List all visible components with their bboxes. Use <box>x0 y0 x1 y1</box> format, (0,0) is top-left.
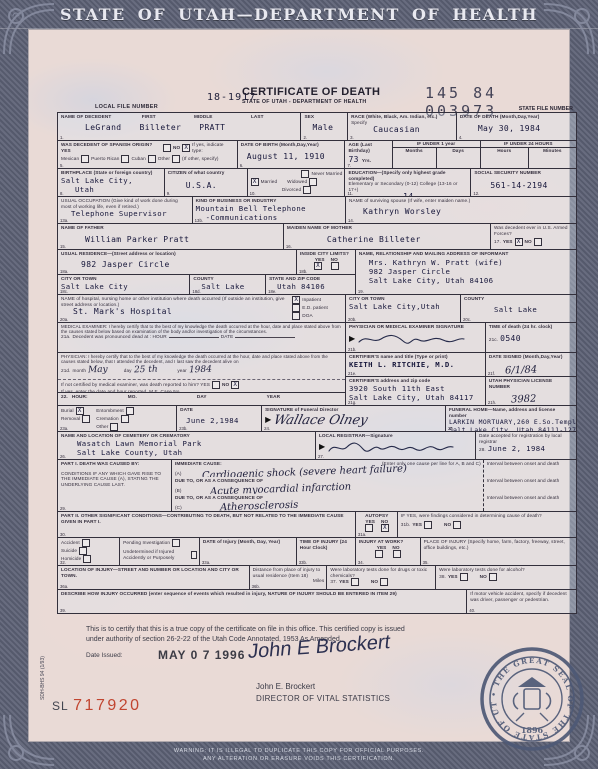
occupation-label: USUAL OCCUPATION (Give kind of work done… <box>61 198 190 209</box>
autopsy-yes-checkbox <box>365 524 373 532</box>
item-number: 21b. <box>348 347 356 352</box>
certificate-subtitle: STATE OF UTAH - DEPARTMENT OF HEALTH <box>242 99 366 105</box>
field-certifier-name: CERTIFIER'S name and title (Type or prin… <box>346 353 485 377</box>
drug-no-label: NO <box>371 579 378 585</box>
divorced-label: Divorced <box>282 187 301 193</box>
doa-checkbox <box>292 312 300 320</box>
item-number: 13a. <box>60 218 68 223</box>
date-issued-stamp: MAY 0 7 1996 <box>158 648 245 662</box>
item-number: 4. <box>459 135 463 140</box>
puerto-rican-label: Puerto Rican <box>91 156 119 162</box>
pronounced-dead-label: Decedent was pronounced dead at : HOUR <box>73 334 167 340</box>
field-cemetery: NAME AND LOCATION OF CEMETERY OR CREMATO… <box>58 432 316 459</box>
interval-label-c: Interval between onset and death <box>487 495 574 501</box>
cuban-checkbox <box>148 155 156 163</box>
city-limits-label: INSIDE CITY LIMITS? <box>300 251 353 257</box>
other-specify-label: (If other, specify) <box>182 156 219 162</box>
field-disposition: BurialX Removal Entombment Cremation Oth… <box>58 406 177 431</box>
item-number: 6. <box>240 163 244 168</box>
field-physician-signature: PHYSICIAN OR MEDICAL EXAMINER SIGNATURE … <box>346 323 486 352</box>
birthplace-line1: Salt Lake City, <box>61 176 162 185</box>
decedent-first-name: LeGrand <box>85 123 122 132</box>
informant-label: NAME, RELATIONSHIP AND MAILING ADDRESS O… <box>359 251 574 257</box>
other-origin-label: Other <box>158 156 170 162</box>
suicide-label: Suicide <box>61 548 77 554</box>
certifier-name-value: KEITH L. RITCHIE, M.D. <box>349 360 483 369</box>
line-b-label: (B) <box>175 488 182 494</box>
mo-label: MO. <box>128 394 137 400</box>
injury-location-label: LOCATION OF INJURY—STREET AND NUMBER OR … <box>61 567 247 578</box>
armed-forces-yes-label: YES <box>503 239 513 245</box>
minutes-label: Minutes <box>529 148 576 168</box>
alcohol-yes-checkbox <box>460 573 468 581</box>
findings-yes-checkbox <box>424 521 432 529</box>
item-number-inline: 28. <box>479 447 486 453</box>
physician-signature-label: PHYSICIAN OR MEDICAL EXAMINER SIGNATURE <box>349 324 483 330</box>
industry-line1: Mountain Bell Telephone <box>196 204 343 213</box>
residence-value: 982 Jasper Circle <box>81 260 294 269</box>
item-number-inline: 21c. <box>489 337 498 343</box>
field-funeral-home: FUNERAL HOME—Name, address and license n… <box>446 406 576 431</box>
row-describe-injury: DESCRIBE HOW INJURY OCCURRED (enter sequ… <box>58 590 576 613</box>
field-sex: SEX Male 2. <box>301 113 348 140</box>
birthplace-label: BIRTHPLACE (State or foreign country) <box>61 170 162 176</box>
puerto-rican-checkbox <box>121 155 129 163</box>
field-certifier-address: CERTIFIER'S address and zip code 3920 So… <box>346 377 485 405</box>
serial-number: SL 717920 <box>52 697 142 715</box>
form-code: SDH-BHS 94 (1/93) <box>40 630 46 700</box>
certificate-title: CERTIFICATE OF DEATH <box>242 86 380 98</box>
date-issued-label: Date Issued: <box>86 652 123 659</box>
time-of-injury-label: TIME OF INJURY (24 Hour Clock) <box>300 539 353 550</box>
undetermined-checkbox <box>191 551 197 559</box>
never-married-checkbox <box>301 170 309 178</box>
autopsy-no-checkbox: X <box>381 524 389 532</box>
findings-no-label: NO <box>444 522 451 528</box>
immediate-cause-label: IMMEDIATE CAUSE: <box>175 461 222 467</box>
physician-block: PHYSICIAN: I hereby certify that to the … <box>58 353 346 405</box>
item-number: 21f. <box>488 371 495 376</box>
spanish-origin-label: WAS DECEDENT OF SPANISH ORIGIN? YES <box>61 142 161 153</box>
field-father: NAME OF FATHER William Parker Pratt 15. <box>58 224 284 249</box>
field-place-of-injury: PLACE OF INJURY (Specify home, farm, fac… <box>421 538 576 565</box>
homicide-checkbox <box>83 555 91 563</box>
item-number: 18d. <box>192 289 200 294</box>
cemetery-line2: Salt Lake County, Utah <box>77 448 313 457</box>
ssn-value: 561-14-2194 <box>490 181 574 190</box>
work-no-checkbox <box>393 550 401 558</box>
serial-prefix: SL <box>52 699 69 713</box>
certifier-block: CERTIFIER'S name and title (Type or prin… <box>346 353 486 405</box>
certification-line1: This is to certify that this is a true c… <box>86 625 546 635</box>
drug-tests-label: Were laboratory tests done for drugs or … <box>330 567 433 578</box>
age-label: AGE (Last Birthday) <box>348 142 389 153</box>
item-number: 39. <box>60 608 66 613</box>
burial-checkbox: X <box>76 407 84 415</box>
field-pending: Pending Investigation Undetermined if In… <box>120 538 200 565</box>
registrar-signature-scribble <box>327 439 457 455</box>
cremation-label: Cremation <box>96 416 119 422</box>
decedent-middle-name: Billeter <box>140 123 182 132</box>
month-handwritten: May <box>88 364 108 377</box>
field-funeral-director-signature: SIGNATURE of Funeral Director ▶ Wallace … <box>262 406 446 431</box>
field-drug-tests: Were laboratory tests done for drugs or … <box>327 566 436 589</box>
field-license-number: UTAH PHYSICIAN LICENSE NUMBER 3982 21h. <box>486 377 576 405</box>
license-value: 3982 <box>511 394 537 405</box>
day-label: day <box>124 368 132 374</box>
alcohol-no-checkbox <box>489 573 497 581</box>
field-date-signed: DATE SIGNED (Month,Day,Year) 6/1/84 21f. <box>486 353 576 377</box>
distance-label: Distance from place of injury to usual r… <box>253 567 325 578</box>
other-origin-checkbox <box>172 155 180 163</box>
spouse-value: Kathryn Worsley <box>363 207 574 216</box>
mexican-label: Mexican <box>61 156 79 162</box>
row-cemetery: NAME AND LOCATION OF CEMETERY OR CREMATO… <box>58 432 576 460</box>
middle-label: MIDDLE <box>194 114 251 120</box>
field-describe-injury: DESCRIBE HOW INJURY OCCURRED (enter sequ… <box>58 590 467 613</box>
interval-label-a: Interval between onset and death <box>487 461 574 467</box>
spanish-yes-checkbox <box>163 144 171 152</box>
time-of-death-label: TIME of death (24 hr. clock) <box>489 324 574 330</box>
row-medical-examiner: MEDICAL EXAMINER: I hereby certify that … <box>58 323 576 353</box>
cause-c-handwritten: Atherosclerosis <box>220 499 299 511</box>
widowed-label: Widowed <box>287 179 307 185</box>
married-checkbox: X <box>251 178 259 186</box>
residence-county-value: Salt Lake <box>201 282 263 291</box>
field-date-of-injury: DATE of Injury (Month, Day, Year) 33a. <box>200 538 297 565</box>
item-number-inline: 37. <box>330 579 337 585</box>
row-injury: Accident Suicide Homicide 32. Pending In… <box>58 538 576 566</box>
hours-label: Hours <box>481 148 529 168</box>
alcohol-yes-label: YES <box>448 574 458 580</box>
field-date-of-birth: DATE OF BIRTH (Month,Day,Year) August 11… <box>238 141 346 168</box>
field-registrar-signature: LOCAL REGISTRAR—Signature ▶ 27. <box>316 432 476 459</box>
pending-checkbox <box>172 539 180 547</box>
row-disposition: BurialX Removal Entombment Cremation Oth… <box>58 406 576 432</box>
field-age: AGE (Last Birthday) 73Yrs. 7. <box>345 141 392 168</box>
field-time-of-death: TIME of death (24 hr. clock) 21c.0540 <box>486 323 576 352</box>
divorced-checkbox <box>303 186 311 194</box>
other-disposition-label: Other <box>96 424 108 430</box>
line-c-label: (C) <box>175 505 182 511</box>
item-number: 26. <box>60 454 66 459</box>
field-if-under-24-hours: IF UNDER 24 HOURS Hours Minutes <box>481 141 576 168</box>
item-number: 40. <box>469 608 475 613</box>
mexican-checkbox <box>81 155 89 163</box>
education-sublabel: Elementary or Secondary (0-12) College (… <box>348 181 468 192</box>
informant-line3: Salt Lake City, Utah 84106 <box>369 276 574 285</box>
age-unit-label: Yrs. <box>362 158 371 164</box>
inpatient-checkbox: X <box>292 296 300 304</box>
warning-line-1: WARNING: IT IS ILLEGAL TO DUPLICATE THIS… <box>174 747 424 755</box>
widowed-checkbox <box>309 178 317 186</box>
field-decedent-name: NAME OF DECEDENT FIRST MIDDLE LAST LeGra… <box>58 113 301 140</box>
field-date-of-death: DATE OF DEATH (Month,Day,Year) May 30, 1… <box>457 113 576 140</box>
field-distance: Distance from place of injury to usual r… <box>250 566 328 589</box>
date-of-injury-label: DATE of Injury (Month, Day, Year) <box>203 539 294 545</box>
drug-yes-label: YES <box>339 579 349 585</box>
field-citizen: CITIZEN of what country U.S.A. 9. <box>165 169 248 196</box>
field-informant: NAME, RELATIONSHIP AND MAILING ADDRESS O… <box>356 250 576 294</box>
item-number: 21e. <box>348 371 356 376</box>
death-city-value: Salt Lake City,Utah <box>349 302 458 311</box>
education-value: 14 <box>348 192 468 196</box>
day-handwritten: 25 th <box>133 364 157 377</box>
field-hospital: NAME of hospital, nursing home or other … <box>58 295 346 322</box>
row-birthplace: BIRTHPLACE (State or foreign country) Sa… <box>58 169 576 197</box>
death-certificate-page: { "colors":{"border_slate":"#5c6175","se… <box>0 0 598 769</box>
field-birthplace: BIRTHPLACE (State or foreign country) Sa… <box>58 169 165 196</box>
field-autopsy-findings: IF YES, were findings considered in dete… <box>398 512 576 537</box>
state-header-title: STATE OF UTAH—DEPARTMENT OF HEALTH <box>60 5 538 24</box>
item-number: 34. <box>358 560 364 565</box>
field-mother: MAIDEN NAME OF MOTHER Catherine Billeter… <box>284 224 491 249</box>
informant-line2: 982 Jasper Circle <box>369 267 574 276</box>
accident-label: Accident <box>61 540 80 546</box>
date-of-birth-label: DATE OF BIRTH (Month,Day,Year) <box>241 142 343 148</box>
city-limits-yes-checkbox: X <box>314 262 322 270</box>
row-physician-certifier: PHYSICIAN: I hereby certify that to the … <box>58 353 576 406</box>
field-due-to-b: DUE TO, OR AS A CONSEQUENCE OF (B)Acute … <box>172 477 483 494</box>
day-col-label: DAY <box>197 394 207 400</box>
ssn-label: SOCIAL SECURITY NUMBER <box>474 170 574 176</box>
mother-label: MAIDEN NAME OF MOTHER <box>287 225 488 231</box>
reported-no-label: NO <box>222 382 229 388</box>
item-number: 20a. <box>60 317 68 322</box>
item-number: 33a. <box>202 560 210 565</box>
funeral-home-line2: Salt Lake City, Utah 84111-1274 <box>449 426 574 431</box>
disposition-date-value: June 2,1984 <box>186 416 259 425</box>
alcohol-no-label: NO <box>480 574 487 580</box>
sex-label: SEX <box>304 114 345 120</box>
pronounced-date-label: DATE <box>221 334 234 340</box>
funeral-home-line1: LARKIN MORTUARY,260 E.So.Temple St. <box>449 418 574 426</box>
drug-no-checkbox <box>380 578 388 586</box>
hospital-label: NAME of hospital, nursing home or other … <box>61 296 292 307</box>
date-signed-block: DATE SIGNED (Month,Day,Year) 6/1/84 21f.… <box>486 353 576 405</box>
medical-examiner-text: MEDICAL EXAMINER: I hereby certify that … <box>61 324 343 334</box>
race-value: Caucasian <box>373 125 454 134</box>
field-residence-county: COUNTY Salt Lake 18d. <box>190 275 266 294</box>
cremation-checkbox <box>121 415 129 423</box>
field-physician-cert: PHYSICIAN: I hereby certify that to the … <box>58 353 345 380</box>
item-number: 2. <box>303 135 307 140</box>
describe-injury-label: DESCRIBE HOW INJURY OCCURRED (enter sequ… <box>61 591 464 597</box>
row-part2: PART II. OTHER SIGNIFICANT CONDITIONS—CO… <box>58 512 576 538</box>
item-number: 25. <box>448 426 454 431</box>
field-inside-city-limits: INSIDE CITY LIMITS? YESNO X 18b. <box>297 250 355 274</box>
field-occupation: USUAL OCCUPATION (Give kind of work done… <box>58 197 193 223</box>
row-decedent: NAME OF DECEDENT FIRST MIDDLE LAST LeGra… <box>58 113 576 141</box>
informant-line1: Mrs. Kathryn W. Pratt (wife) <box>369 258 574 267</box>
burial-label: Burial <box>61 408 74 414</box>
item-number: 32. <box>60 560 66 565</box>
field-spanish-origin: WAS DECEDENT OF SPANISH ORIGIN? YESNOXIf… <box>58 141 238 168</box>
license-label: UTAH PHYSICIAN LICENSE NUMBER <box>489 378 574 389</box>
date-of-death-value: May 30, 1984 <box>478 124 574 133</box>
field-alcohol-tests: Were laboratory tests done for alcohol? … <box>436 566 576 589</box>
item-number: 20c. <box>463 317 471 322</box>
work-yes-checkbox <box>375 550 383 558</box>
time-of-death-value: 0540 <box>500 334 521 343</box>
ed-patient-label: E.D. patient <box>302 305 328 311</box>
director-name: John E. Brockert <box>256 682 315 691</box>
item-number-inline: 31b. <box>401 522 411 528</box>
field-due-to-c: DUE TO, OR AS A CONSEQUENCE OF (C)Athero… <box>172 494 483 511</box>
part1-causes-column: IMMEDIATE CAUSE: (Enter only one cause p… <box>172 460 484 511</box>
item-number: 18c. <box>60 289 68 294</box>
item-number: 8. <box>60 191 64 196</box>
armed-forces-label: Was decedent ever in U.S. Armed Forces? <box>494 225 574 236</box>
cemetery-line1: Wasatch Lawn Memorial Park <box>77 439 313 448</box>
father-value: William Parker Pratt <box>85 235 281 244</box>
row-parents: NAME OF FATHER William Parker Pratt 15. … <box>58 224 576 250</box>
item-number: 21d. <box>61 368 71 374</box>
field-disposition-date: DATE June 2,1984 23b. <box>177 406 262 431</box>
findings-label: IF YES, were findings considered in dete… <box>401 513 574 519</box>
entombment-label: Entombment <box>96 408 124 414</box>
hour-label: HOUR: <box>72 394 88 400</box>
mother-value: Catherine Billeter <box>327 235 488 244</box>
item-number: 7. <box>347 163 351 168</box>
ed-patient-checkbox <box>292 304 300 312</box>
item-number: 1. <box>60 135 64 140</box>
residence-block: USUAL RESIDENCE—(Street address or locat… <box>58 250 356 294</box>
field-not-certified: If not certified by medical examiner, wa… <box>58 380 345 392</box>
month-label: month <box>73 368 87 374</box>
year-handwritten: 1984 <box>189 364 212 377</box>
warning-line-2: ANY ALTERATION OR ERASURE VOIDS THIS CER… <box>203 755 395 763</box>
certifier-address-line2: Salt Lake City, Utah 84117 <box>349 393 483 402</box>
item-number: 15. <box>60 244 66 249</box>
item-number: 21g. <box>348 400 356 405</box>
field-industry: KIND OF BUSINESS OR INDUSTRY Mountain Be… <box>193 197 346 223</box>
death-county-value: Salt Lake <box>494 305 574 314</box>
item-number: 18e. <box>268 289 276 294</box>
field-residence: USUAL RESIDENCE—(Street address or locat… <box>58 250 297 274</box>
inpatient-label: Inpatient <box>302 297 321 303</box>
item-number: 21h. <box>488 400 496 405</box>
state-zip-value: Utah 84106 <box>277 282 353 291</box>
item-number: 30. <box>60 532 66 537</box>
spanish-ifyes-label: If yes, indicate type: <box>192 142 235 153</box>
decedent-last-name: PRATT <box>199 123 225 132</box>
months-label: Months <box>393 148 437 168</box>
item-number: 27. <box>318 454 324 459</box>
spanish-no-label: NO <box>173 145 180 151</box>
row-injury-location: LOCATION OF INJURY—STREET AND NUMBER OR … <box>58 566 576 590</box>
place-of-injury-label: PLACE OF INJURY (Specify home, farm, fac… <box>424 539 574 550</box>
date-accepted-label: Date accepted for registration by local … <box>479 433 574 444</box>
field-surviving-spouse: NAME of surviving spouse (If wife, enter… <box>346 197 576 223</box>
interval-label-b: Interval between onset and death <box>487 478 574 484</box>
signature-arrow-icon: ▶ <box>265 416 271 424</box>
field-immediate-cause: IMMEDIATE CAUSE: (Enter only one cause p… <box>172 460 483 477</box>
signature-arrow-icon: ▶ <box>319 443 325 451</box>
item-number-inline: 38. <box>439 574 446 580</box>
drug-yes-checkbox <box>351 578 359 586</box>
suicide-checkbox <box>79 547 87 555</box>
part1-label: PART I. DEATH WAS CAUSED BY: <box>61 461 169 467</box>
date-of-birth-value: August 11, 1910 <box>247 152 343 161</box>
field-date-accepted: Date accepted for registration by local … <box>476 432 576 459</box>
cuban-label: Cuban <box>131 156 145 162</box>
field-hour-date-row: 22.HOUR:MO.DAYYEAR <box>58 392 345 405</box>
part2-label: PART II. OTHER SIGNIFICANT CONDITIONS—CO… <box>61 513 353 524</box>
field-marital-status: Never Married XMarriedWidowed Divorced 1… <box>248 169 346 196</box>
sex-value: Male <box>312 123 345 132</box>
armed-forces-yes-checkbox: X <box>515 238 523 246</box>
year-label: year <box>177 368 187 374</box>
local-file-number-label: LOCAL FILE NUMBER <box>95 104 158 110</box>
field-motor-vehicle: If motor vehicle accident, specify if de… <box>467 590 576 613</box>
armed-forces-no-label: NO <box>525 239 532 245</box>
miles-label: Miles <box>253 578 325 584</box>
reported-yes-checkbox <box>212 381 220 389</box>
city-limits-no-checkbox <box>331 262 339 270</box>
not-certified-label: If not certified by medical examiner, wa… <box>61 382 210 388</box>
item-number: 9. <box>167 191 171 196</box>
item-number: 23b. <box>179 426 187 431</box>
item-number: 21a. <box>61 334 71 340</box>
spouse-label: NAME of surviving spouse (If wife, enter… <box>349 198 574 204</box>
field-part2: PART II. OTHER SIGNIFICANT CONDITIONS—CO… <box>58 512 356 537</box>
item-number: 11. <box>347 191 353 196</box>
occupation-value: Telephone Supervisor <box>71 209 190 218</box>
item-number: 18b. <box>299 269 307 274</box>
part1-conditions-label: CONDITIONS IF ANY WHICH GAVE RISE TO THE… <box>61 471 169 488</box>
certifier-address-line1: 3920 South 11th East <box>349 384 483 393</box>
field-residence-state-zip: STATE AND ZIP CODE Utah 84106 18e. <box>266 275 355 294</box>
findings-no-checkbox <box>453 521 461 529</box>
row-hospital: NAME of hospital, nursing home or other … <box>58 295 576 323</box>
year-col-label: YEAR <box>267 394 280 400</box>
row-residence-informant: USUAL RESIDENCE—(Street address or locat… <box>58 250 576 295</box>
death-certificate-form: NAME OF DECEDENT FIRST MIDDLE LAST LeGra… <box>57 112 577 614</box>
seal-year: 1896 <box>521 725 544 735</box>
item-number: 20b. <box>348 317 356 322</box>
item-number: 19. <box>358 289 364 294</box>
funeral-director-signature: Wallace Olney <box>272 413 369 428</box>
last-label: LAST <box>251 114 264 120</box>
decedent-name-label: NAME OF DECEDENT <box>61 114 142 120</box>
birthplace-line2: Utah <box>75 185 162 194</box>
education-label: EDUCATION—(Specify only highest grade co… <box>348 170 468 181</box>
date-signed-label: DATE SIGNED (Month,Day,Year) <box>489 354 574 360</box>
item-number: 16. <box>286 244 292 249</box>
physician-signature-scribble <box>357 332 467 346</box>
removal-label: Removal <box>61 416 80 422</box>
signature-arrow-icon: ▶ <box>349 335 355 343</box>
item-number: 29. <box>60 506 66 511</box>
field-injury-at-work: INJURY AT WORK? YESNO 34. <box>356 538 421 565</box>
disposition-date-label: DATE <box>180 407 259 413</box>
father-label: NAME OF FATHER <box>61 225 281 231</box>
item-number: 10. <box>250 191 256 196</box>
item-number: 35. <box>423 560 429 565</box>
field-manner: Accident Suicide Homicide 32. <box>58 538 120 565</box>
citizen-value: U.S.A. <box>186 181 245 190</box>
industry-line2: -Communications <box>206 213 343 222</box>
death-county-label: COUNTY <box>464 296 574 302</box>
item-number: 17. <box>494 239 501 245</box>
part1-interval-column: Interval between onset and death Interva… <box>484 460 576 511</box>
item-number: 23a. <box>60 426 68 431</box>
field-autopsy: AUTOPSY YESNO X 31a. <box>356 512 398 537</box>
item-number: 3. <box>350 135 354 140</box>
certificate-heading: LOCAL FILE NUMBER 18-1917 CERTIFICATE OF… <box>57 84 575 112</box>
field-injury-location: LOCATION OF INJURY—STREET AND NUMBER OR … <box>58 566 250 589</box>
